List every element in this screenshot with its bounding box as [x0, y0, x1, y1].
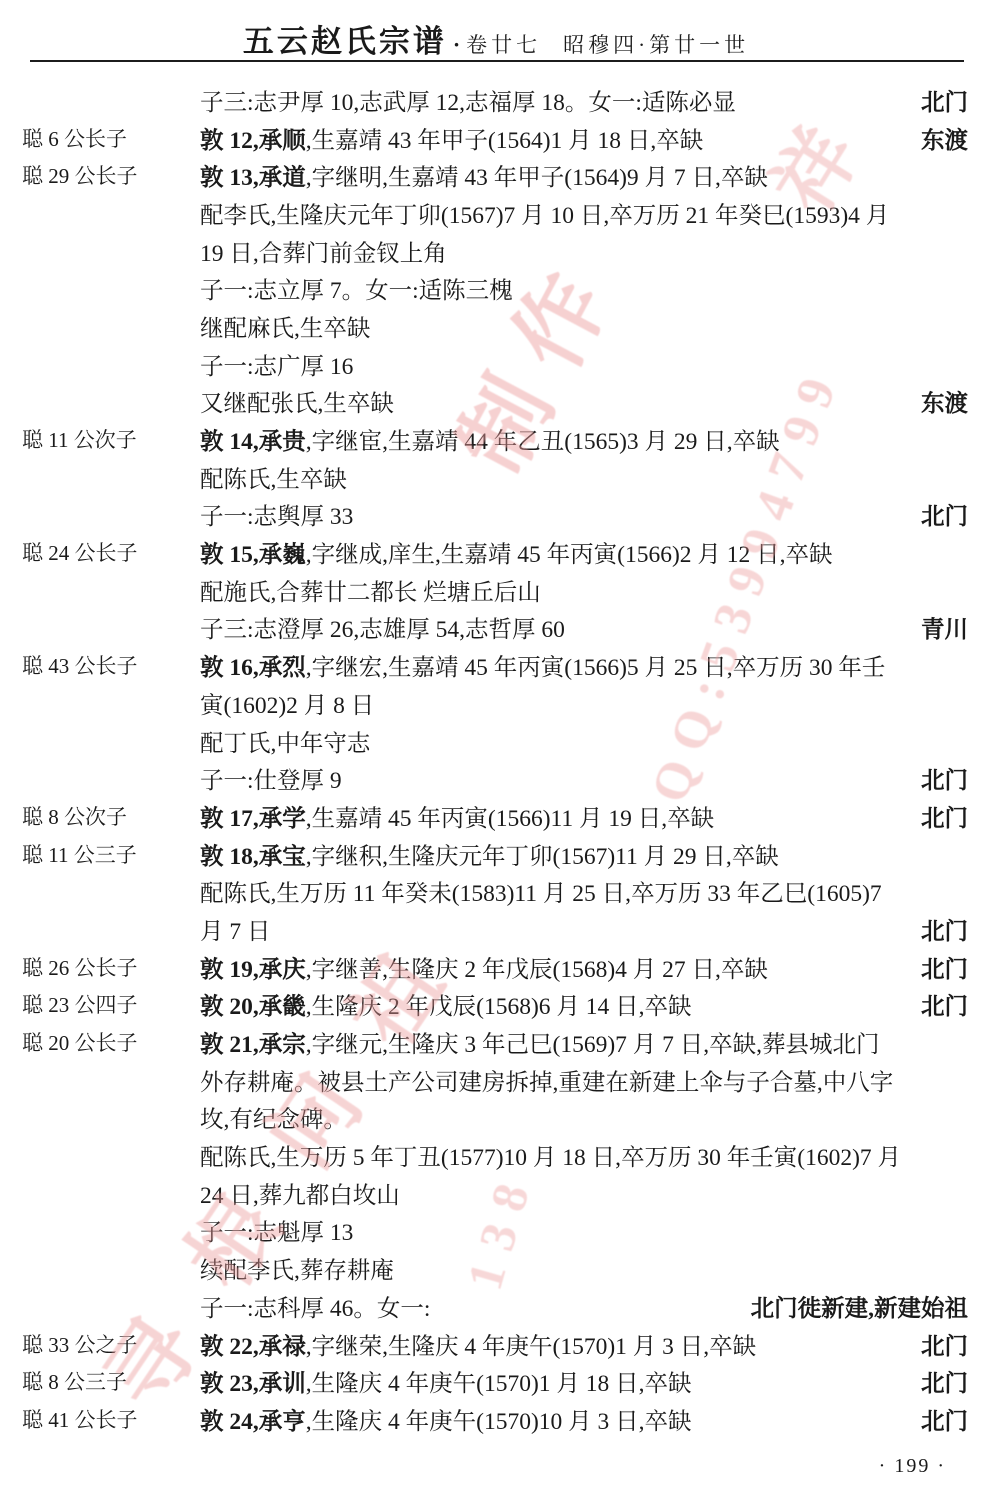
entry-text-rest: 配李氏,生隆庆元年丁卯(1567)7 月 10 日,卒万历 21 年癸巳(159… — [200, 203, 889, 229]
entry-row: 聪 6 公长子敦 12,承顺,生嘉靖 43 年甲子(1564)1 月 18 日,… — [0, 119, 992, 157]
entry-row: 聪 24 公长子敦 15,承巍,字继成,庠生,生嘉靖 45 年丙寅(1566)2… — [0, 533, 992, 571]
entry-text: 敦 15,承巍,字继成,庠生,生嘉靖 45 年丙寅(1566)2 月 12 日,… — [200, 535, 968, 569]
entry-row: 24 日,葬九都白坆山 — [0, 1174, 992, 1212]
branch-location: 北门 — [921, 1327, 968, 1361]
generation-label: 聪 43 公长子 — [0, 650, 200, 680]
entry-text: 敦 24,承亨,生隆庆 4 年庚午(1570)10 月 3 日,卒缺 — [200, 1402, 909, 1436]
entry-text-rest: 子一:仕登厚 9 — [200, 768, 342, 794]
entry-row: 配丁氏,中年守志 — [0, 722, 992, 760]
entry-row: 聪 8 公次子敦 17,承学,生嘉靖 45 年丙寅(1566)11 月 19 日… — [0, 797, 992, 835]
entry-text-rest: 月 7 日 — [200, 919, 271, 945]
person-name: 敦 15,承巍 — [200, 542, 306, 568]
entry-row: 19 日,合葬门前金钗上角 — [0, 232, 992, 270]
entry-text-rest: ,字继宦,生嘉靖 44 年乙丑(1565)3 月 29 日,卒缺 — [306, 429, 780, 455]
section-label: 昭穆四·第廿一世 — [563, 33, 749, 57]
generation-label: 聪 11 公次子 — [0, 424, 200, 454]
entry-text: 敦 17,承学,生嘉靖 45 年丙寅(1566)11 月 19 日,卒缺 — [200, 799, 909, 833]
branch-location: 东渡 — [921, 121, 968, 155]
entry-row: 月 7 日北门 — [0, 910, 992, 948]
entry-row: 聪 29 公长子敦 13,承道,字继明,生嘉靖 43 年甲子(1564)9 月 … — [0, 156, 992, 194]
entry-text: 子三:志澄厚 26,志雄厚 54,志哲厚 60 — [200, 610, 909, 644]
entry-text: 敦 12,承顺,生嘉靖 43 年甲子(1564)1 月 18 日,卒缺 — [200, 121, 909, 155]
entry-text-rest: 子三:志澄厚 26,志雄厚 54,志哲厚 60 — [200, 617, 565, 643]
entry-text: 配施氏,合葬廿二都长 烂塘丘后山 — [200, 573, 968, 607]
entry-row: 配李氏,生隆庆元年丁卯(1567)7 月 10 日,卒万历 21 年癸巳(159… — [0, 194, 992, 232]
person-name: 敦 13,承道 — [200, 165, 306, 191]
entry-text: 敦 23,承训,生隆庆 4 年庚午(1570)1 月 18 日,卒缺 — [200, 1364, 909, 1398]
person-name: 敦 21,承宗 — [200, 1032, 306, 1058]
entry-text: 敦 22,承禄,字继荣,生隆庆 4 年庚午(1570)1 月 3 日,卒缺 — [200, 1327, 909, 1361]
entry-text: 子一:志科厚 46。女一: — [200, 1289, 739, 1323]
entry-text-rest: 配陈氏,生万历 11 年癸未(1583)11 月 25 日,卒万历 33 年乙巳… — [200, 881, 882, 907]
entry-text-rest: ,生隆庆 4 年庚午(1570)1 月 18 日,卒缺 — [306, 1371, 692, 1397]
entry-row: 聪 8 公三子敦 23,承训,生隆庆 4 年庚午(1570)1 月 18 日,卒… — [0, 1362, 992, 1400]
generation-label: 聪 6 公长子 — [0, 123, 200, 153]
book-title: 五云赵氏宗谱 — [243, 24, 447, 59]
entry-text-rest: 配陈氏,生万历 5 年丁丑(1577)10 月 18 日,卒万历 30 年壬寅(… — [200, 1145, 901, 1171]
person-name: 敦 14,承贵 — [200, 429, 306, 455]
entry-text-rest: ,字继成,庠生,生嘉靖 45 年丙寅(1566)2 月 12 日,卒缺 — [306, 542, 833, 568]
entry-row: 子一:志立厚 7。女一:适陈三槐 — [0, 269, 992, 307]
entry-text: 子一:仕登厚 9 — [200, 761, 909, 795]
person-name: 敦 12,承顺 — [200, 128, 306, 154]
entry-row: 子一:志舆厚 33北门 — [0, 496, 992, 534]
entry-text: 敦 16,承烈,字继宏,生嘉靖 45 年丙寅(1566)5 月 25 日,卒万历… — [200, 648, 968, 682]
entry-row: 配陈氏,生万历 5 年丁丑(1577)10 月 18 日,卒万历 30 年壬寅(… — [0, 1136, 992, 1174]
volume-label: 卷廿七 — [466, 33, 541, 57]
entry-row: 聪 11 公三子敦 18,承宝,字继积,生隆庆元年丁卯(1567)11 月 29… — [0, 835, 992, 873]
entry-text: 坆,有纪念碑。 — [200, 1100, 968, 1134]
entry-text-rest: 子一:志立厚 7。女一:适陈三槐 — [200, 278, 513, 304]
entry-row: 继配麻氏,生卒缺 — [0, 307, 992, 345]
branch-location: 东渡 — [921, 384, 968, 418]
entry-text: 敦 18,承宝,字继积,生隆庆元年丁卯(1567)11 月 29 日,卒缺 — [200, 837, 968, 871]
entry-row: 寅(1602)2 月 8 日 — [0, 684, 992, 722]
entry-text-rest: ,生嘉靖 45 年丙寅(1566)11 月 19 日,卒缺 — [306, 806, 714, 832]
entry-row: 聪 26 公长子敦 19,承庆,字继善,生隆庆 2 年戊辰(1568)4 月 2… — [0, 948, 992, 986]
entry-row: 又继配张氏,生卒缺东渡 — [0, 383, 992, 421]
entry-text-rest: 配丁氏,中年守志 — [200, 731, 370, 757]
generation-label: 聪 26 公长子 — [0, 952, 200, 982]
entry-row: 聪 11 公次子敦 14,承贵,字继宦,生嘉靖 44 年乙丑(1565)3 月 … — [0, 420, 992, 458]
entry-row: 外存耕庵。被县土产公司建房拆掉,重建在新建上伞与子合墓,中八字 — [0, 1061, 992, 1099]
entry-row: 聪 33 公之子敦 22,承禄,字继荣,生隆庆 4 年庚午(1570)1 月 3… — [0, 1325, 992, 1363]
entry-row: 聪 23 公四子敦 20,承畿,生隆庆 2 年戊辰(1568)6 月 14 日,… — [0, 986, 992, 1024]
entry-text-rest: ,字继荣,生隆庆 4 年庚午(1570)1 月 3 日,卒缺 — [306, 1334, 756, 1360]
branch-location: 北门 — [921, 761, 968, 795]
entry-text-rest: 续配李氏,葬存耕庵 — [200, 1258, 394, 1284]
branch-location: 北门 — [921, 799, 968, 833]
generation-label: 聪 33 公之子 — [0, 1329, 200, 1359]
entry-row: 配陈氏,生万历 11 年癸未(1583)11 月 25 日,卒万历 33 年乙巳… — [0, 872, 992, 910]
page-header: 五云赵氏宗谱·卷廿七昭穆四·第廿一世 — [0, 16, 992, 61]
entry-text: 配陈氏,生万历 11 年癸未(1583)11 月 25 日,卒万历 33 年乙巳… — [200, 874, 968, 908]
entry-row: 配施氏,合葬廿二都长 烂塘丘后山 — [0, 571, 992, 609]
entry-row: 续配李氏,葬存耕庵 — [0, 1249, 992, 1287]
generation-label: 聪 41 公长子 — [0, 1404, 200, 1434]
entry-text-rest: 寅(1602)2 月 8 日 — [200, 693, 374, 719]
entry-text: 敦 20,承畿,生隆庆 2 年戊辰(1568)6 月 14 日,卒缺 — [200, 987, 909, 1021]
entry-row: 子三:志澄厚 26,志雄厚 54,志哲厚 60青川 — [0, 609, 992, 647]
entry-text: 继配麻氏,生卒缺 — [200, 309, 968, 343]
entry-row: 配陈氏,生卒缺 — [0, 458, 992, 496]
entry-text-rest: 配陈氏,生卒缺 — [200, 467, 347, 493]
entry-text-rest: ,生嘉靖 43 年甲子(1564)1 月 18 日,卒缺 — [306, 128, 704, 154]
title-separator-dot: · — [453, 32, 460, 57]
branch-location: 北门 — [921, 83, 968, 117]
entry-text: 子一:志舆厚 33 — [200, 497, 909, 531]
entry-text-rest: ,字继善,生隆庆 2 年戊辰(1568)4 月 27 日,卒缺 — [306, 957, 768, 983]
generation-label: 聪 24 公长子 — [0, 537, 200, 567]
entry-row: 聪 41 公长子敦 24,承亨,生隆庆 4 年庚午(1570)10 月 3 日,… — [0, 1400, 992, 1438]
entry-text-rest: ,字继元,生隆庆 3 年己巳(1569)7 月 7 日,卒缺,葬县城北门 — [306, 1032, 880, 1058]
entry-text-rest: ,字继明,生嘉靖 43 年甲子(1564)9 月 7 日,卒缺 — [306, 165, 768, 191]
branch-location: 青川 — [921, 610, 968, 644]
entry-text: 续配李氏,葬存耕庵 — [200, 1251, 968, 1285]
entry-text: 配李氏,生隆庆元年丁卯(1567)7 月 10 日,卒万历 21 年癸巳(159… — [200, 196, 968, 230]
entry-row: 子一:志广厚 16 — [0, 345, 992, 383]
person-name: 敦 22,承禄 — [200, 1334, 306, 1360]
entry-text: 又继配张氏,生卒缺 — [200, 384, 909, 418]
branch-location: 北门 — [921, 1402, 968, 1436]
branch-location: 北门 — [921, 987, 968, 1021]
entry-text-rest: 又继配张氏,生卒缺 — [200, 391, 394, 417]
entry-text: 子一:志魁厚 13 — [200, 1213, 968, 1247]
entry-text-rest: 继配麻氏,生卒缺 — [200, 316, 370, 342]
generation-label: 聪 8 公三子 — [0, 1366, 200, 1396]
entry-row: 坆,有纪念碑。 — [0, 1099, 992, 1137]
header-divider — [30, 60, 964, 62]
entry-text: 子一:志立厚 7。女一:适陈三槐 — [200, 271, 968, 305]
entry-text-rest: 外存耕庵。被县土产公司建房拆掉,重建在新建上伞与子合墓,中八字 — [200, 1070, 893, 1096]
person-name: 敦 17,承学 — [200, 806, 306, 832]
person-name: 敦 23,承训 — [200, 1371, 306, 1397]
entry-text: 子一:志广厚 16 — [200, 347, 968, 381]
entry-text-rest: ,生隆庆 2 年戊辰(1568)6 月 14 日,卒缺 — [306, 994, 692, 1020]
entry-text-rest: ,生隆庆 4 年庚午(1570)10 月 3 日,卒缺 — [306, 1409, 692, 1435]
entry-row: 聪 43 公长子敦 16,承烈,字继宏,生嘉靖 45 年丙寅(1566)5 月 … — [0, 646, 992, 684]
entry-text: 敦 13,承道,字继明,生嘉靖 43 年甲子(1564)9 月 7 日,卒缺 — [200, 158, 968, 192]
generation-label: 聪 11 公三子 — [0, 839, 200, 869]
entry-row: 子一:仕登厚 9北门 — [0, 759, 992, 797]
generation-label: 聪 29 公长子 — [0, 160, 200, 190]
entry-text: 月 7 日 — [200, 912, 909, 946]
entry-text-rest: ,字继宏,生嘉靖 45 年丙寅(1566)5 月 25 日,卒万历 30 年壬 — [306, 655, 886, 681]
branch-location: 北门 — [921, 497, 968, 531]
person-name: 敦 24,承亨 — [200, 1409, 306, 1435]
entry-text-rest: ,字继积,生隆庆元年丁卯(1567)11 月 29 日,卒缺 — [306, 844, 779, 870]
entry-text: 配陈氏,生万历 5 年丁丑(1577)10 月 18 日,卒万历 30 年壬寅(… — [200, 1138, 968, 1172]
entry-text-rest: 24 日,葬九都白坆山 — [200, 1183, 400, 1209]
branch-location: 北门徙新建,新建始祖 — [751, 1289, 968, 1323]
page-number: · 199 · — [879, 1455, 946, 1478]
person-name: 敦 18,承宝 — [200, 844, 306, 870]
entry-text: 配丁氏,中年守志 — [200, 724, 968, 758]
entry-text-rest: 子一:志舆厚 33 — [200, 504, 353, 530]
entry-row: 子三:志尹厚 10,志武厚 12,志福厚 18。女一:适陈必显北门 — [0, 81, 992, 119]
entry-row: 子一:志魁厚 13 — [0, 1212, 992, 1250]
entry-text-rest: 子一:志科厚 46。女一: — [200, 1296, 430, 1322]
generation-label: 聪 20 公长子 — [0, 1027, 200, 1057]
entry-text-rest: 子三:志尹厚 10,志武厚 12,志福厚 18。女一:适陈必显 — [200, 90, 736, 116]
entry-text-rest: 19 日,合葬门前金钗上角 — [200, 241, 447, 267]
entry-text-rest: 配施氏,合葬廿二都长 烂塘丘后山 — [200, 580, 541, 606]
entry-text: 外存耕庵。被县土产公司建房拆掉,重建在新建上伞与子合墓,中八字 — [200, 1063, 968, 1097]
entry-text-rest: 子一:志魁厚 13 — [200, 1220, 353, 1246]
entry-text: 敦 19,承庆,字继善,生隆庆 2 年戊辰(1568)4 月 27 日,卒缺 — [200, 950, 909, 984]
entry-text: 19 日,合葬门前金钗上角 — [200, 234, 968, 268]
entry-text-rest: 子一:志广厚 16 — [200, 354, 353, 380]
person-name: 敦 20,承畿 — [200, 994, 306, 1020]
branch-location: 北门 — [921, 912, 968, 946]
branch-location: 北门 — [921, 1364, 968, 1398]
entry-text: 敦 14,承贵,字继宦,生嘉靖 44 年乙丑(1565)3 月 29 日,卒缺 — [200, 422, 968, 456]
entry-text: 寅(1602)2 月 8 日 — [200, 686, 968, 720]
genealogy-rows: 子三:志尹厚 10,志武厚 12,志福厚 18。女一:适陈必显北门聪 6 公长子… — [0, 81, 992, 1438]
entry-text: 配陈氏,生卒缺 — [200, 460, 968, 494]
entry-row: 子一:志科厚 46。女一:北门徙新建,新建始祖 — [0, 1287, 992, 1325]
entry-text: 24 日,葬九都白坆山 — [200, 1176, 968, 1210]
entry-text: 子三:志尹厚 10,志武厚 12,志福厚 18。女一:适陈必显 — [200, 83, 909, 117]
person-name: 敦 16,承烈 — [200, 655, 306, 681]
entry-text: 敦 21,承宗,字继元,生隆庆 3 年己巳(1569)7 月 7 日,卒缺,葬县… — [200, 1025, 968, 1059]
generation-label: 聪 8 公次子 — [0, 801, 200, 831]
entry-row: 聪 20 公长子敦 21,承宗,字继元,生隆庆 3 年己巳(1569)7 月 7… — [0, 1023, 992, 1061]
entry-text-rest: 坆,有纪念碑。 — [200, 1107, 347, 1133]
generation-label: 聪 23 公四子 — [0, 989, 200, 1019]
person-name: 敦 19,承庆 — [200, 957, 306, 983]
branch-location: 北门 — [921, 950, 968, 984]
